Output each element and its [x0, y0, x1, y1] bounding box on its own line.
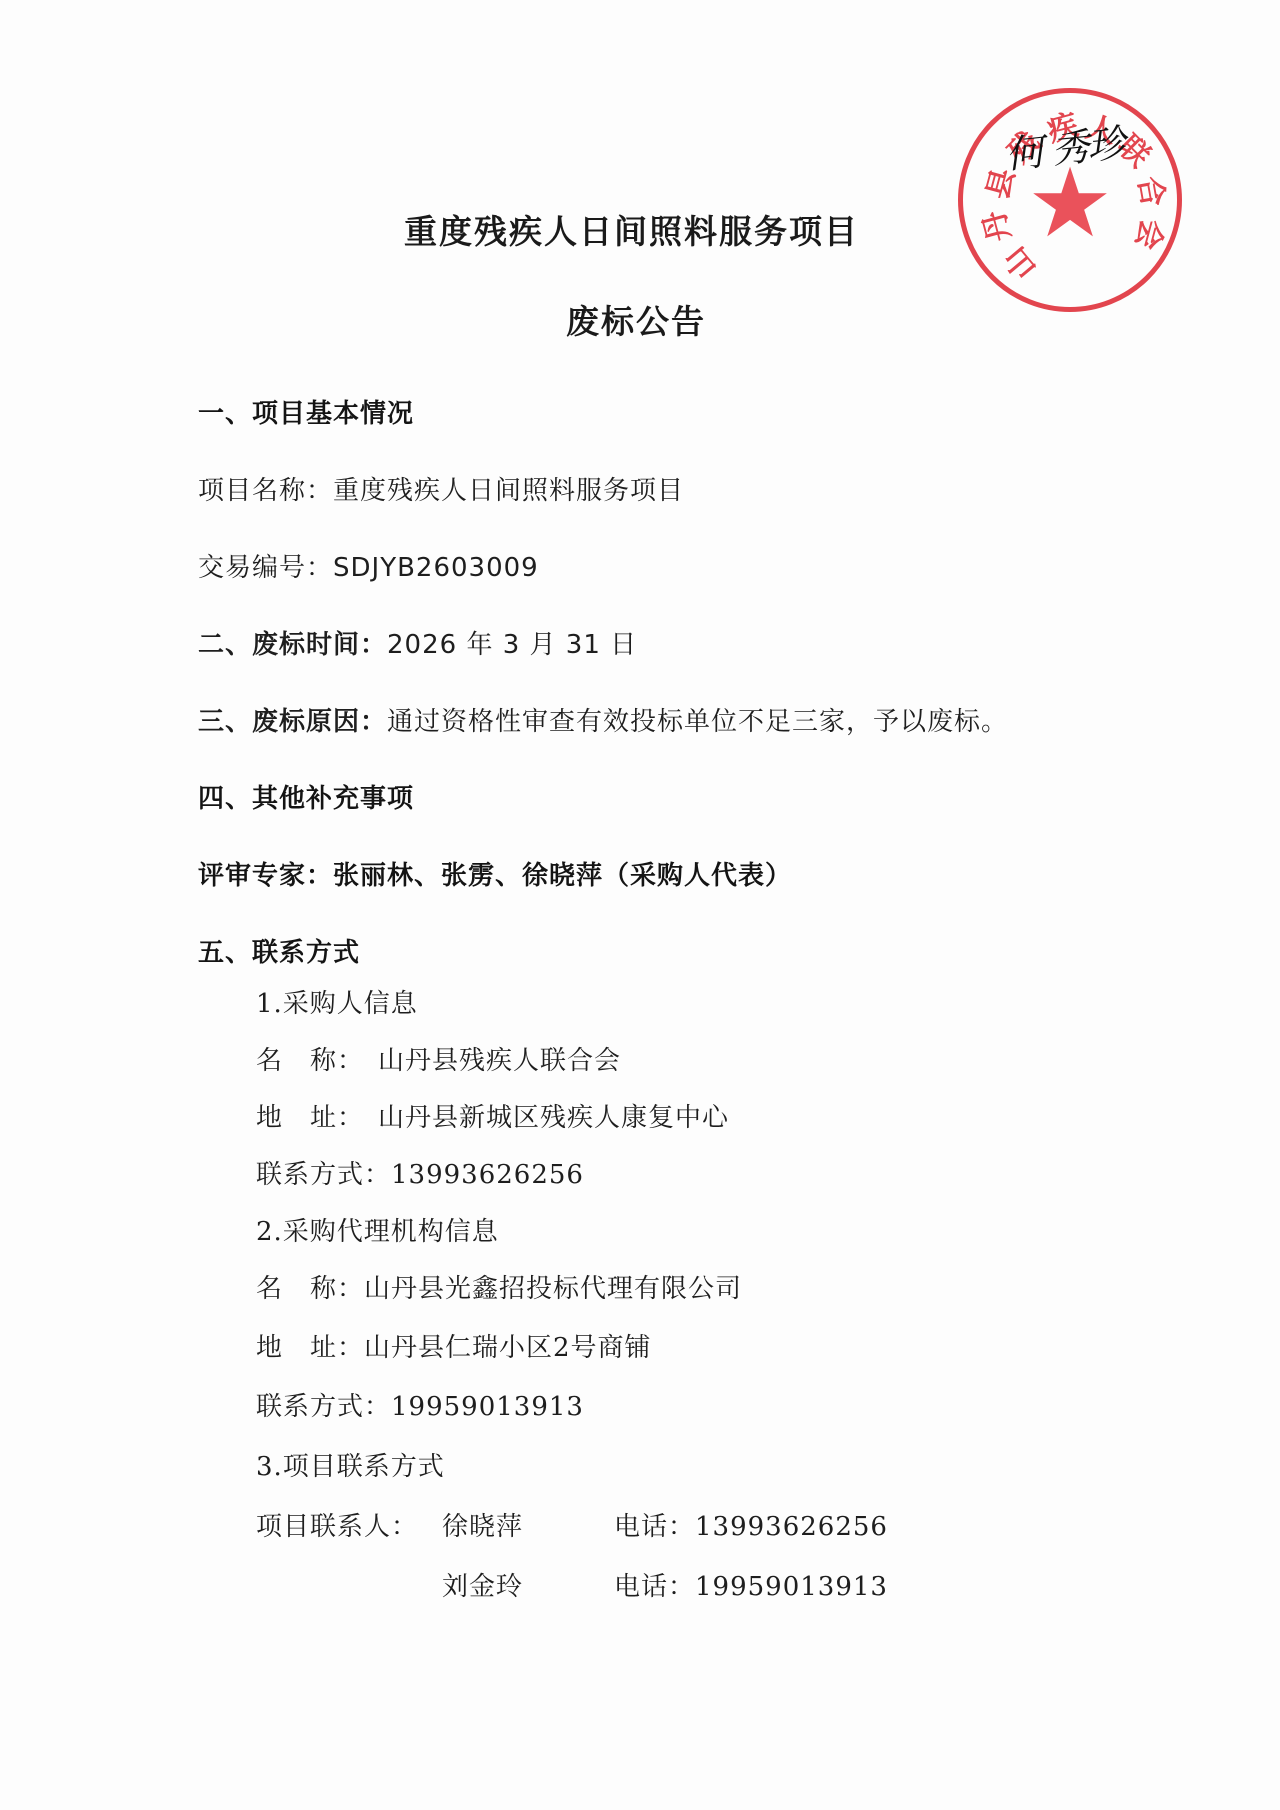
purchaser-contact: 13993626256 — [391, 1160, 584, 1190]
experts-label: 评审专家： — [198, 861, 333, 891]
agency-name-row: 名 称：山丹县光鑫招投标代理有限公司 — [256, 1268, 742, 1305]
agency-contact-row: 联系方式：19959013913 — [256, 1386, 584, 1423]
contact-person-name: 徐晓萍 — [442, 1506, 523, 1543]
section3-row: 三、废标原因：通过资格性审查有效投标单位不足三家，予以废标。 — [198, 701, 1008, 738]
seal-char: 合 — [1130, 172, 1179, 209]
cancel-reason: 通过资格性审查有效投标单位不足三家，予以废标。 — [387, 707, 1008, 737]
agency-contact: 19959013913 — [391, 1392, 584, 1422]
trade-no-value: SDJYB2603009 — [333, 553, 539, 583]
phone-label: 电话： — [614, 1572, 695, 1602]
document-title: 重度残疾人日间照料服务项目 — [404, 206, 859, 253]
contact-person-name: 刘金玲 — [442, 1566, 523, 1603]
purchaser-address: 山丹县新城区残疾人康复中心 — [378, 1103, 729, 1133]
purchaser-name-label: 名 称： — [256, 1046, 364, 1076]
contact-person-phone-row: 电话：13993626256 — [614, 1506, 888, 1543]
agency-name-label: 名 称： — [256, 1274, 364, 1304]
purchaser-heading: 1.采购人信息 — [256, 983, 418, 1020]
project-name-value: 重度残疾人日间照料服务项目 — [333, 476, 684, 506]
agency-contact-label: 联系方式： — [256, 1392, 391, 1422]
trade-no-label: 交易编号： — [198, 553, 333, 583]
agency-address-label: 地 址： — [256, 1333, 364, 1363]
section4-heading: 四、其他补充事项 — [198, 778, 414, 815]
agency-heading: 2.采购代理机构信息 — [256, 1211, 499, 1248]
purchaser-address-row: 地 址：山丹县新城区残疾人康复中心 — [256, 1097, 729, 1134]
section2-row: 二、废标时间：2026 年 3 月 31 日 — [198, 624, 637, 661]
seal-char: 会 — [1127, 215, 1177, 255]
experts-row: 评审专家：张丽林、张雳、徐晓萍（采购人代表） — [198, 855, 792, 892]
contact-phone: 19959013913 — [695, 1572, 888, 1602]
project-name-label: 项目名称： — [198, 476, 333, 506]
purchaser-address-label: 地 址： — [256, 1103, 364, 1133]
section2-heading: 二、废标时间： — [198, 630, 387, 660]
seal-char: 丹 — [969, 207, 1019, 247]
experts-value: 张丽林、张雳、徐晓萍（采购人代表） — [333, 861, 792, 891]
document-subtitle: 废标公告 — [566, 296, 706, 343]
agency-name: 山丹县光鑫招投标代理有限公司 — [364, 1274, 742, 1304]
purchaser-contact-row: 联系方式：13993626256 — [256, 1154, 584, 1191]
purchaser-name: 山丹县残疾人联合会 — [378, 1046, 621, 1076]
agency-address: 山丹县仁瑞小区2号商铺 — [364, 1333, 652, 1363]
purchaser-contact-label: 联系方式： — [256, 1160, 391, 1190]
section3-heading: 三、废标原因： — [198, 707, 387, 737]
document-page: ★ 山 丹 县 残 疾 人 联 合 会 何 秀珍 重度残疾人日间照料服务项目 废… — [0, 0, 1280, 1810]
purchaser-name-row: 名 称：山丹县残疾人联合会 — [256, 1040, 621, 1077]
project-contact-heading: 3.项目联系方式 — [256, 1446, 445, 1483]
project-name-row: 项目名称：重度残疾人日间照料服务项目 — [198, 470, 684, 507]
phone-label: 电话： — [614, 1512, 695, 1542]
section1-heading: 一、项目基本情况 — [198, 393, 414, 430]
contact-phone: 13993626256 — [695, 1512, 888, 1542]
agency-address-row: 地 址：山丹县仁瑞小区2号商铺 — [256, 1327, 652, 1364]
project-contact-label: 项目联系人： — [256, 1506, 418, 1543]
contact-person-phone-row: 电话：19959013913 — [614, 1566, 888, 1603]
trade-no-row: 交易编号：SDJYB2603009 — [198, 547, 539, 584]
section5-heading: 五、联系方式 — [198, 932, 360, 969]
cancel-date: 2026 年 3 月 31 日 — [387, 630, 637, 660]
